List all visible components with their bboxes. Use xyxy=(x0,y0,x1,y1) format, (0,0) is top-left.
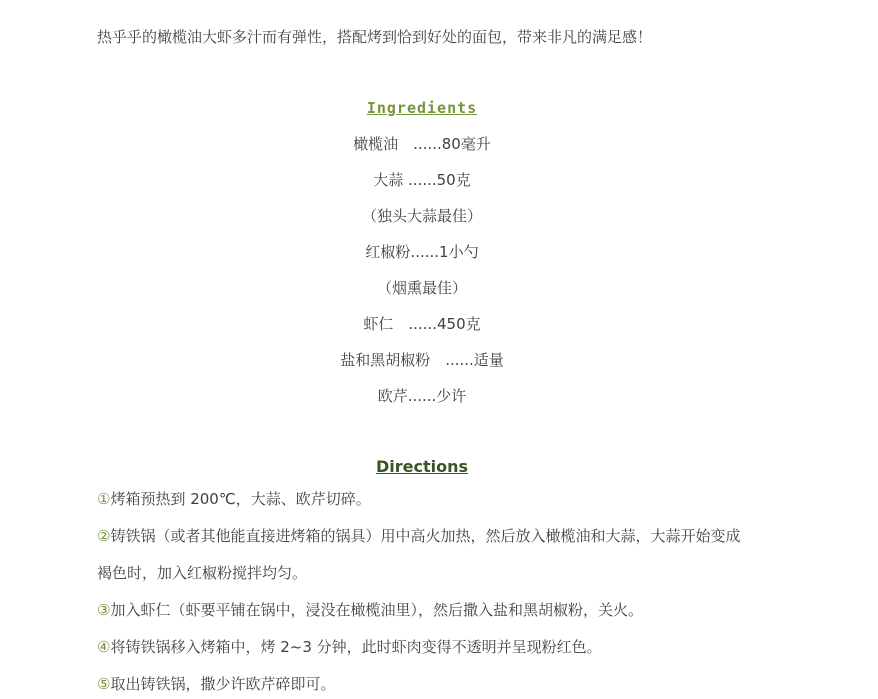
step-text: 将铸铁锅移入烤箱中，烤 2~3 分钟，此时虾肉变得不透明并呈现粉红色。 xyxy=(110,638,601,656)
ingredient-item: 橄榄油 ......80毫升 xyxy=(97,126,747,162)
directions-list: ①烤箱预热到 200℃，大蒜、欧芹切碎。 ②铸铁锅（或者其他能直接进烤箱的锅具）… xyxy=(97,481,747,699)
step-text: 铸铁锅（或者其他能直接进烤箱的锅具）用中高火加热，然后放入橄榄油和大蒜，大蒜开始… xyxy=(97,527,740,582)
step-number-icon: ① xyxy=(97,490,110,508)
ingredient-item: 大蒜 ......50克 xyxy=(97,162,747,198)
direction-step: ①烤箱预热到 200℃，大蒜、欧芹切碎。 xyxy=(97,481,747,518)
direction-step: ③加入虾仁（虾要平铺在锅中，浸没在橄榄油里），然后撒入盐和黑胡椒粉，关火。 xyxy=(97,592,747,629)
direction-step: ②铸铁锅（或者其他能直接进烤箱的锅具）用中高火加热，然后放入橄榄油和大蒜，大蒜开… xyxy=(97,518,747,592)
ingredients-heading: Ingredients xyxy=(97,99,747,117)
step-number-icon: ③ xyxy=(97,601,110,619)
step-text: 取出铸铁锅，撒少许欧芹碎即可。 xyxy=(110,675,335,693)
intro-paragraph: 热乎乎的橄榄油大虾多汁而有弹性，搭配烤到恰到好处的面包，带来非凡的满足感！ xyxy=(97,0,747,46)
ingredient-item: 盐和黑胡椒粉 ......适量 xyxy=(97,342,747,378)
step-text: 加入虾仁（虾要平铺在锅中，浸没在橄榄油里），然后撒入盐和黑胡椒粉，关火。 xyxy=(110,601,643,619)
document-page: 热乎乎的橄榄油大虾多汁而有弹性，搭配烤到恰到好处的面包，带来非凡的满足感！ In… xyxy=(0,0,878,699)
directions-heading: Directions xyxy=(97,457,747,476)
ingredient-item: （烟熏最佳） xyxy=(97,270,747,306)
ingredient-item: （独头大蒜最佳） xyxy=(97,198,747,234)
step-number-icon: ⑤ xyxy=(97,675,110,693)
document-content: 热乎乎的橄榄油大虾多汁而有弹性，搭配烤到恰到好处的面包，带来非凡的满足感！ In… xyxy=(97,0,747,699)
step-number-icon: ② xyxy=(97,527,110,545)
direction-step: ④将铸铁锅移入烤箱中，烤 2~3 分钟，此时虾肉变得不透明并呈现粉红色。 xyxy=(97,629,747,666)
ingredient-item: 红椒粉......1小勺 xyxy=(97,234,747,270)
step-text: 烤箱预热到 200℃，大蒜、欧芹切碎。 xyxy=(110,490,370,508)
ingredient-item: 欧芹......少许 xyxy=(97,378,747,414)
direction-step: ⑤取出铸铁锅，撒少许欧芹碎即可。 xyxy=(97,666,747,699)
step-number-icon: ④ xyxy=(97,638,110,656)
ingredient-item: 虾仁 ......450克 xyxy=(97,306,747,342)
ingredients-list: 橄榄油 ......80毫升 大蒜 ......50克 （独头大蒜最佳） 红椒粉… xyxy=(97,126,747,414)
